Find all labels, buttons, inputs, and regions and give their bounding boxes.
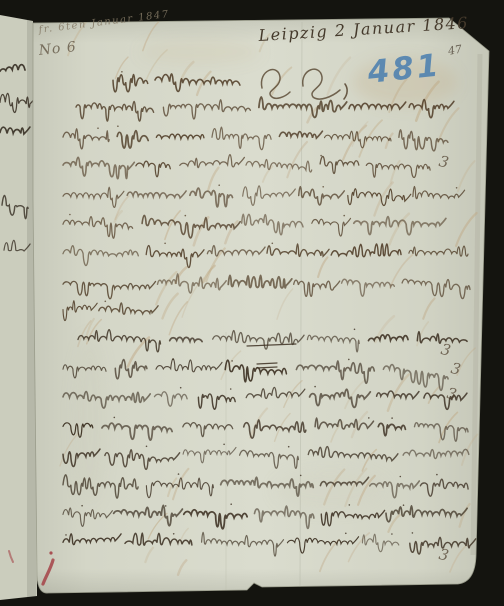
scan-artwork <box>0 0 504 606</box>
adjacent-page-edge <box>0 15 37 600</box>
letter-scan: fr. 6ten Januar 1847 No 6 Leipzig 2 Janu… <box>0 0 504 606</box>
